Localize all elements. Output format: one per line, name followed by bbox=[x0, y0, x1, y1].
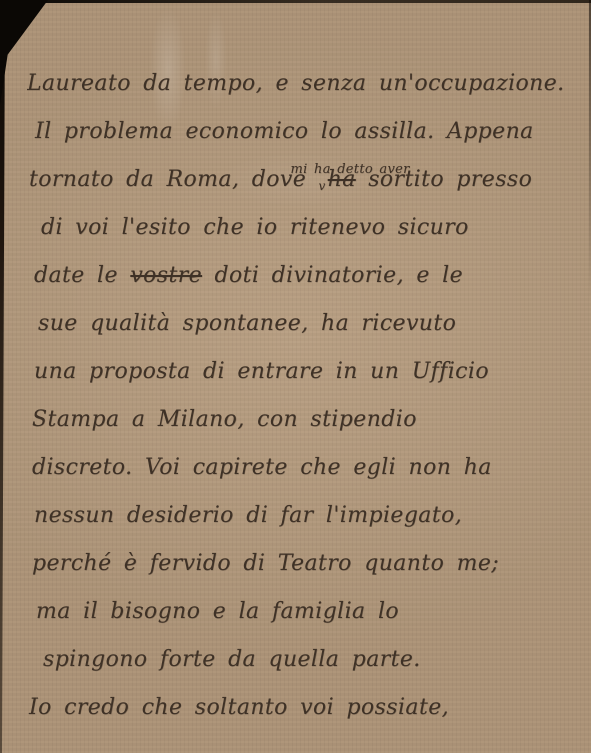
handwritten-line: una proposta di entrare in un Ufficio bbox=[27, 348, 573, 396]
handwritten-line: sue qualità spontanee, ha ricevuto bbox=[27, 300, 573, 348]
handwritten-line: tornato da Roma, dove mi ha detto avervh… bbox=[27, 156, 573, 204]
line-text: discreto. Voi capirete che egli non ha bbox=[32, 455, 492, 480]
letter-page: Laureato da tempo, e senza un'occupazion… bbox=[0, 0, 591, 753]
handwritten-line: Il problema economico lo assilla. Appena bbox=[27, 108, 573, 156]
line-text: tornato da Roma, dove bbox=[29, 167, 319, 192]
line-text: Io credo che soltanto voi possiate, bbox=[29, 695, 449, 720]
line-text: ma il bisogno e la famiglia lo bbox=[36, 599, 399, 624]
line-text: nessun desiderio di far l'impiegato, bbox=[34, 503, 462, 528]
line-text: Stampa a Milano, con stipendio bbox=[32, 407, 417, 432]
handwritten-line: Stampa a Milano, con stipendio bbox=[27, 396, 573, 444]
handwritten-line: ma il bisogno e la famiglia lo bbox=[27, 588, 573, 636]
line-text: doti divinatorie, e le bbox=[202, 263, 463, 288]
line-text: date le bbox=[34, 263, 130, 288]
handwritten-line: Laureato da tempo, e senza un'occupazion… bbox=[27, 60, 573, 108]
interlinear-insertion: mi ha detto averv bbox=[319, 156, 328, 210]
scan-edge-top bbox=[0, 0, 591, 3]
line-text: Il problema economico lo assilla. Appena bbox=[35, 119, 534, 144]
letter-body: Laureato da tempo, e senza un'occupazion… bbox=[27, 60, 573, 753]
handwritten-line: Io credo che soltanto voi possiate, bbox=[27, 684, 573, 732]
scan-edge-left bbox=[0, 0, 5, 753]
strikethrough-word: vostre bbox=[130, 263, 202, 288]
line-text: di voi l'esito che io ritenevo sicuro bbox=[41, 215, 469, 240]
line-text: perché è fervido di Teatro quanto me; bbox=[32, 551, 499, 576]
handwritten-line: spingono forte da quella parte. bbox=[27, 636, 573, 684]
handwritten-line: di voi l'esito che io ritenevo sicuro bbox=[27, 204, 573, 252]
handwritten-line: date le vostre doti divinatorie, e le bbox=[27, 252, 573, 300]
line-text: una proposta di entrare in un Ufficio bbox=[34, 359, 489, 384]
insertion-text: mi ha detto aver bbox=[291, 163, 410, 176]
line-text: Laureato da tempo, e senza un'occupazion… bbox=[27, 71, 565, 96]
caret-mark: v bbox=[319, 179, 328, 193]
line-text: spingono forte da quella parte. bbox=[43, 647, 421, 672]
handwritten-line: perché è fervido di Teatro quanto me; bbox=[27, 540, 573, 588]
handwritten-line: nessun desiderio di far l'impiegato, bbox=[27, 492, 573, 540]
line-text: sue qualità spontanee, ha ricevuto bbox=[38, 311, 456, 336]
handwritten-line: discreto. Voi capirete che egli non ha bbox=[27, 444, 573, 492]
